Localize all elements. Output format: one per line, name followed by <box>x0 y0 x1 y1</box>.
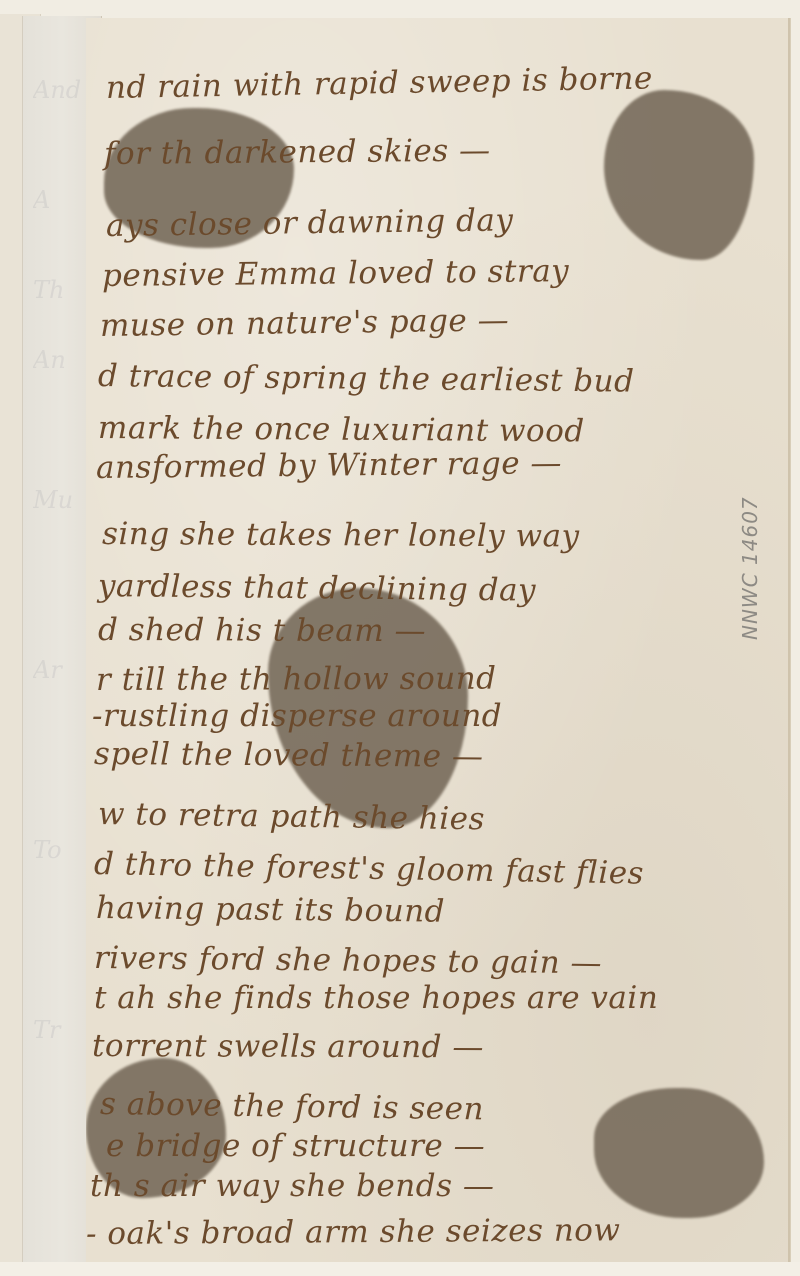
pencil-shelfmark: NNWC 14607 <box>738 496 762 640</box>
bleed-through-text: Th <box>33 276 93 304</box>
manuscript-line: ays close or dawning day <box>106 202 514 244</box>
bleed-through-text: Ar <box>33 656 93 684</box>
manuscript-line: for th darkened skies — <box>104 133 491 172</box>
manuscript-line: mark the once luxuriant wood <box>98 410 585 449</box>
manuscript-line: e bridge of structure — <box>106 1128 485 1164</box>
manuscript-line: spell the loved theme — <box>94 736 484 775</box>
manuscript-line: ansformed by Winter rage — <box>96 445 562 486</box>
bleed-through-text: An <box>33 346 93 374</box>
manuscript-line: yardless that declining day <box>98 568 536 609</box>
manuscript-line: -rustling disperse around <box>92 698 502 734</box>
manuscript-line: th s air way she bends — <box>90 1168 494 1204</box>
bleed-through-text: Tr <box>33 1016 93 1044</box>
bleed-through-text: A <box>33 186 93 214</box>
manuscript-line: t ah she finds those hopes are vain <box>94 980 658 1016</box>
manuscript-line: w to retra path she hies <box>98 796 485 837</box>
manuscript-line: having past its bound <box>96 890 445 930</box>
manuscript-line: muse on nature's page — <box>100 302 510 344</box>
manuscript-line: pensive Emma loved to stray <box>102 253 570 294</box>
manuscript-line: - oak's broad arm she seizes now <box>86 1212 621 1252</box>
bleed-through-text: And <box>33 76 93 104</box>
ink-blot <box>594 1088 764 1218</box>
manuscript-line: d shed his t beam — <box>98 612 426 649</box>
bleed-through-text: Mu <box>33 486 93 514</box>
manuscript-line: d trace of spring the earliest bud <box>98 358 635 400</box>
manuscript-sheet: nd rain with rapid sweep is bornefor th … <box>86 18 790 1262</box>
manuscript-line: s above the ford is seen <box>100 1086 484 1127</box>
manuscript-line: nd rain with rapid sweep is borne <box>106 60 653 106</box>
manuscript-line: rivers ford she hopes to gain — <box>94 940 602 981</box>
manuscript-line: sing she takes her lonely way <box>102 516 580 555</box>
manuscript-line: torrent swells around — <box>92 1028 484 1065</box>
manuscript-line: r till the th hollow sound <box>96 661 497 698</box>
bleed-through-text: To <box>33 836 93 864</box>
manuscript-line: d thro the forest's gloom fast flies <box>94 846 645 892</box>
scan-bottom-edge <box>0 1262 800 1276</box>
ink-blot <box>604 90 754 260</box>
